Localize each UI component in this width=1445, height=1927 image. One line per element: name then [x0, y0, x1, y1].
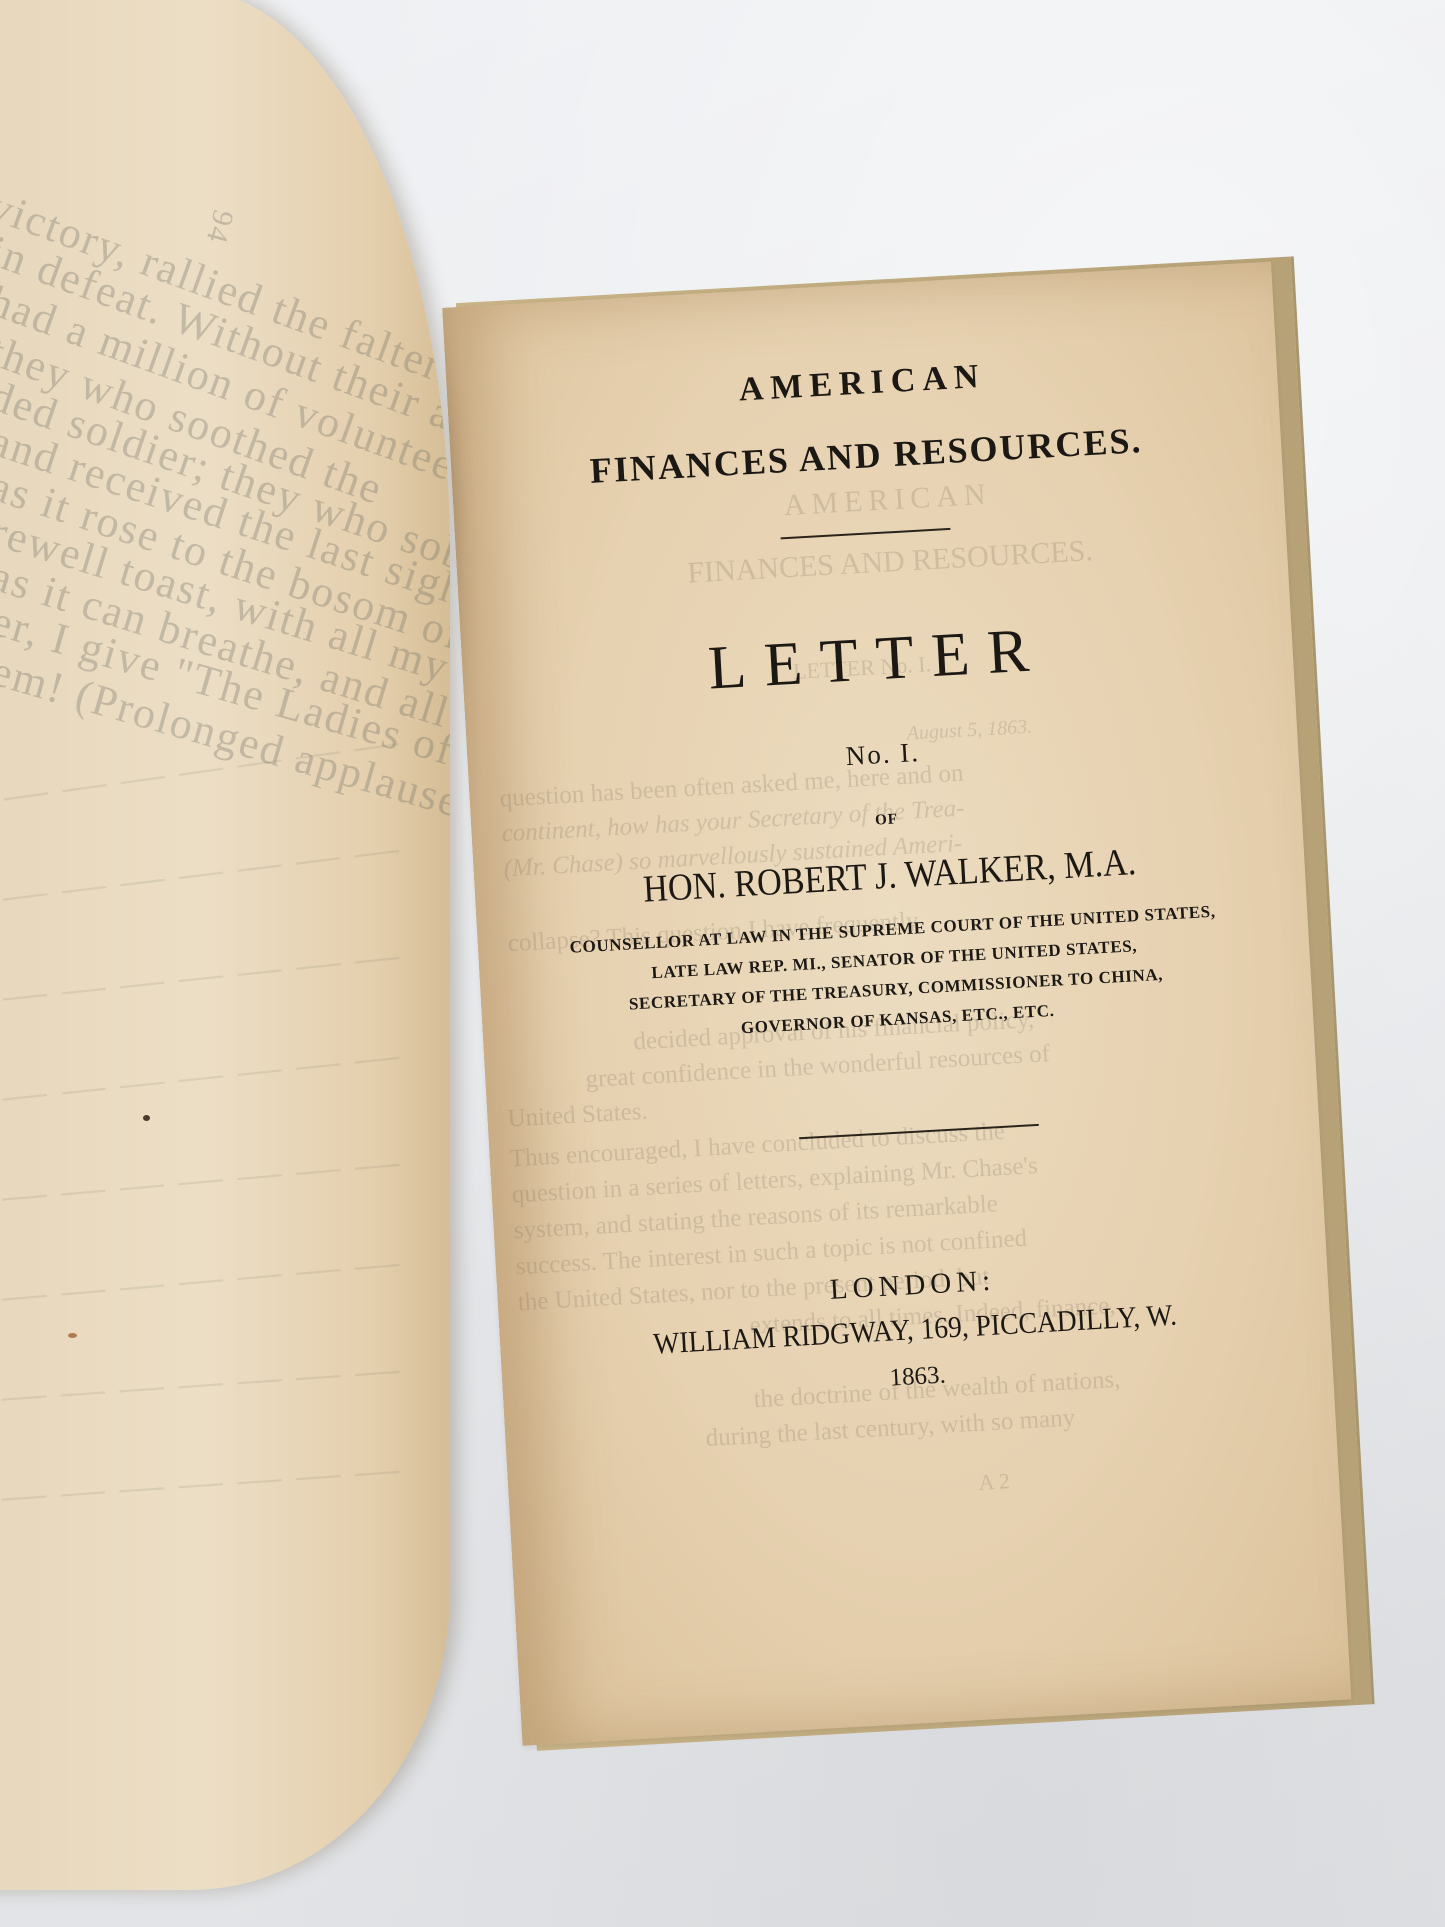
show-through-faint: — — — — — — —: [0, 1135, 403, 1221]
title-page: AMERICAN FINANCES AND RESOURCES. LETTER …: [442, 262, 1351, 1746]
show-through-faint: — — — — — — —: [0, 1342, 403, 1421]
letter-heading: LETTER: [461, 601, 1294, 718]
show-through-signature: A 2: [978, 1468, 1011, 1496]
show-through-faint: — — — — — — —: [0, 928, 403, 1021]
show-through-line: Thus encouraged, I have concluded to dis…: [509, 1118, 1005, 1174]
show-through-line: system, and stating the reasons of its r…: [513, 1190, 998, 1245]
show-through-line: United States.: [507, 1098, 649, 1134]
imprint-rule: [799, 1124, 1039, 1139]
foxing-spot: [68, 1333, 77, 1338]
title-line-american: AMERICAN: [447, 341, 1278, 425]
show-through-faint: — — — — — — —: [0, 1442, 403, 1521]
show-through-line: great confidence in the wonderful resour…: [585, 1040, 1051, 1094]
show-through-title-1: AMERICAN: [783, 478, 993, 524]
right-page-stack: AMERICAN FINANCES AND RESOURCES. LETTER …: [440, 221, 1362, 1756]
show-through-line: question in a series of letters, explain…: [511, 1152, 1038, 1209]
title-line-finances-and-resources: FINANCES AND RESOURCES.: [451, 411, 1282, 499]
foxing-spot: [143, 1115, 150, 1121]
show-through-line: during the last century, with so many: [705, 1404, 1076, 1453]
show-through-faint: — — — — — — —: [0, 1235, 403, 1321]
show-through-faint: — — — — — — —: [0, 821, 403, 920]
show-through-title-2: FINANCES AND RESOURCES.: [686, 534, 1093, 591]
left-page: 94 victory, rallied the faltering in def…: [0, 0, 450, 1890]
title-rule: [781, 528, 951, 539]
show-through-faint: — — — — — — —: [0, 1028, 403, 1121]
left-page-number: 94: [198, 206, 240, 248]
letter-number: No. I.: [468, 716, 1298, 793]
